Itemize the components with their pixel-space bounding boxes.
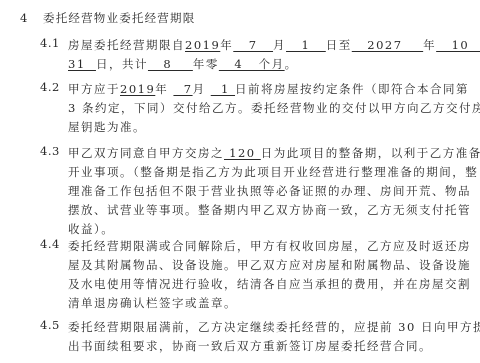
delivery-month-field: 7 [173,82,192,96]
clause-line: 3 条约定，下同）交付给乙方。委托经营物业的交付以甲方向乙方交付房 [68,99,460,118]
text: 房屋委托经营期限自 [68,38,185,52]
text: 年 [155,82,173,96]
clause-body: 房屋委托经营期限自2019年 7 月 1 日至 2027 年 10 月 31 日… [68,36,460,74]
clause-number: 4.3 [40,144,68,239]
delivery-day-field: 1 [211,82,235,96]
text: 日，共计 [96,57,148,71]
clause-body: 甲乙双方同意自甲方交房之 120 日为此项目的整备期，以利于乙方准备 开业事项。… [68,144,460,239]
clause-line: 开业事项。（整备期是指乙方为此项目开业经营进行整理准备的期间，整 [68,163,460,182]
clause-line: 31 日，共计 8 年零 4 个月。 [68,55,460,74]
text: 年 [423,38,436,52]
clause-line: 委托经营期限届满前，乙方决定继续委托经营的，应提前 30 日向甲方提 [68,318,460,337]
clause-4-1: 4.1 房屋委托经营期限自2019年 7 月 1 日至 2027 年 10 月 … [40,36,460,74]
clause-4-5: 4.5 委托经营期限届满前，乙方决定继续委托经营的，应提前 30 日向甲方提 出… [40,318,460,356]
clause-line: 出书面续租要求，协商一致后双方重新签订房屋委托经营合同。 [68,337,460,356]
delivery-year-field: 2019 [120,82,155,96]
clause-line: 及水电使用等情况进行验收，结清各自应当承担的费用，并在房屋交割 [68,275,460,294]
clause-line: 屋及其附属物品、设备设施。甲乙双方应对房屋和附属物品、设备设施 [68,256,460,275]
clause-4-3: 4.3 甲乙双方同意自甲方交房之 120 日为此项目的整备期，以利于乙方准备 开… [40,144,460,239]
start-day-field: 1 [286,38,326,52]
clause-number: 4.1 [40,36,68,74]
clause-line: 房屋委托经营期限自2019年 7 月 1 日至 2027 年 10 月 [68,36,460,55]
text: 月 [193,82,211,96]
clause-line: 清单退房确认栏签字或盖章。 [68,294,460,313]
contract-page: 4 委托经营物业委托经营期限 4.1 房屋委托经营期限自2019年 7 月 1 … [0,0,480,363]
section-heading: 4 委托经营物业委托经营期限 [20,10,195,26]
section-number: 4 [20,11,43,25]
clause-number: 4.5 [40,318,68,356]
text: 甲乙双方同意自甲方交房之 [68,146,224,160]
end-day-field: 31 [68,57,96,71]
clause-body: 委托经营期限届满前，乙方决定继续委托经营的，应提前 30 日向甲方提 出书面续租… [68,318,460,356]
text: 年 [220,38,233,52]
text: 。 [285,57,298,71]
clause-body: 甲方应于2019年 7月 1 日前将房屋按约定条件（即符合本合同第 3 条约定，… [68,80,460,137]
total-years-field: 8 [148,57,193,71]
start-month-field: 7 [233,38,273,52]
text: 日前将房屋按约定条件（即符合本合同第 [235,82,469,96]
preparation-days-field: 120 [224,146,261,160]
clause-4-2: 4.2 甲方应于2019年 7月 1 日前将房屋按约定条件（即符合本合同第 3 … [40,80,460,137]
clause-line: 委托经营期限满或合同解除后，甲方有权收回房屋，乙方应及时返还房 [68,237,460,256]
text: 年零 [193,57,219,71]
text: 甲方应于 [68,82,120,96]
clause-body: 委托经营期限满或合同解除后，甲方有权收回房屋，乙方应及时返还房 屋及其附属物品、… [68,237,460,313]
clause-line: 理准备工作包括但不限于营业执照等必备证照的办理、房间开荒、物品 [68,182,460,201]
end-year-field: 2027 [352,38,423,52]
total-months-field: 4 个月 [219,57,285,71]
start-year-field: 2019 [185,38,220,52]
clause-number: 4.4 [40,237,68,313]
section-title: 委托经营物业委托经营期限 [43,10,195,26]
clause-line: 摆放、试营业等事项。整备期内甲乙双方协商一致，乙方无须支付托管 [68,201,460,220]
end-month-field: 10 [436,38,480,52]
text: 月 [273,38,286,52]
clause-4-4: 4.4 委托经营期限满或合同解除后，甲方有权收回房屋，乙方应及时返还房 屋及其附… [40,237,460,313]
clause-number: 4.2 [40,80,68,137]
clause-line: 甲方应于2019年 7月 1 日前将房屋按约定条件（即符合本合同第 [68,80,460,99]
text: 日为此项目的整备期，以利于乙方准备 [261,146,480,160]
clause-line: 屋钥匙为准。 [68,118,460,137]
clause-line: 甲乙双方同意自甲方交房之 120 日为此项目的整备期，以利于乙方准备 [68,144,460,163]
text: 日至 [326,38,352,52]
